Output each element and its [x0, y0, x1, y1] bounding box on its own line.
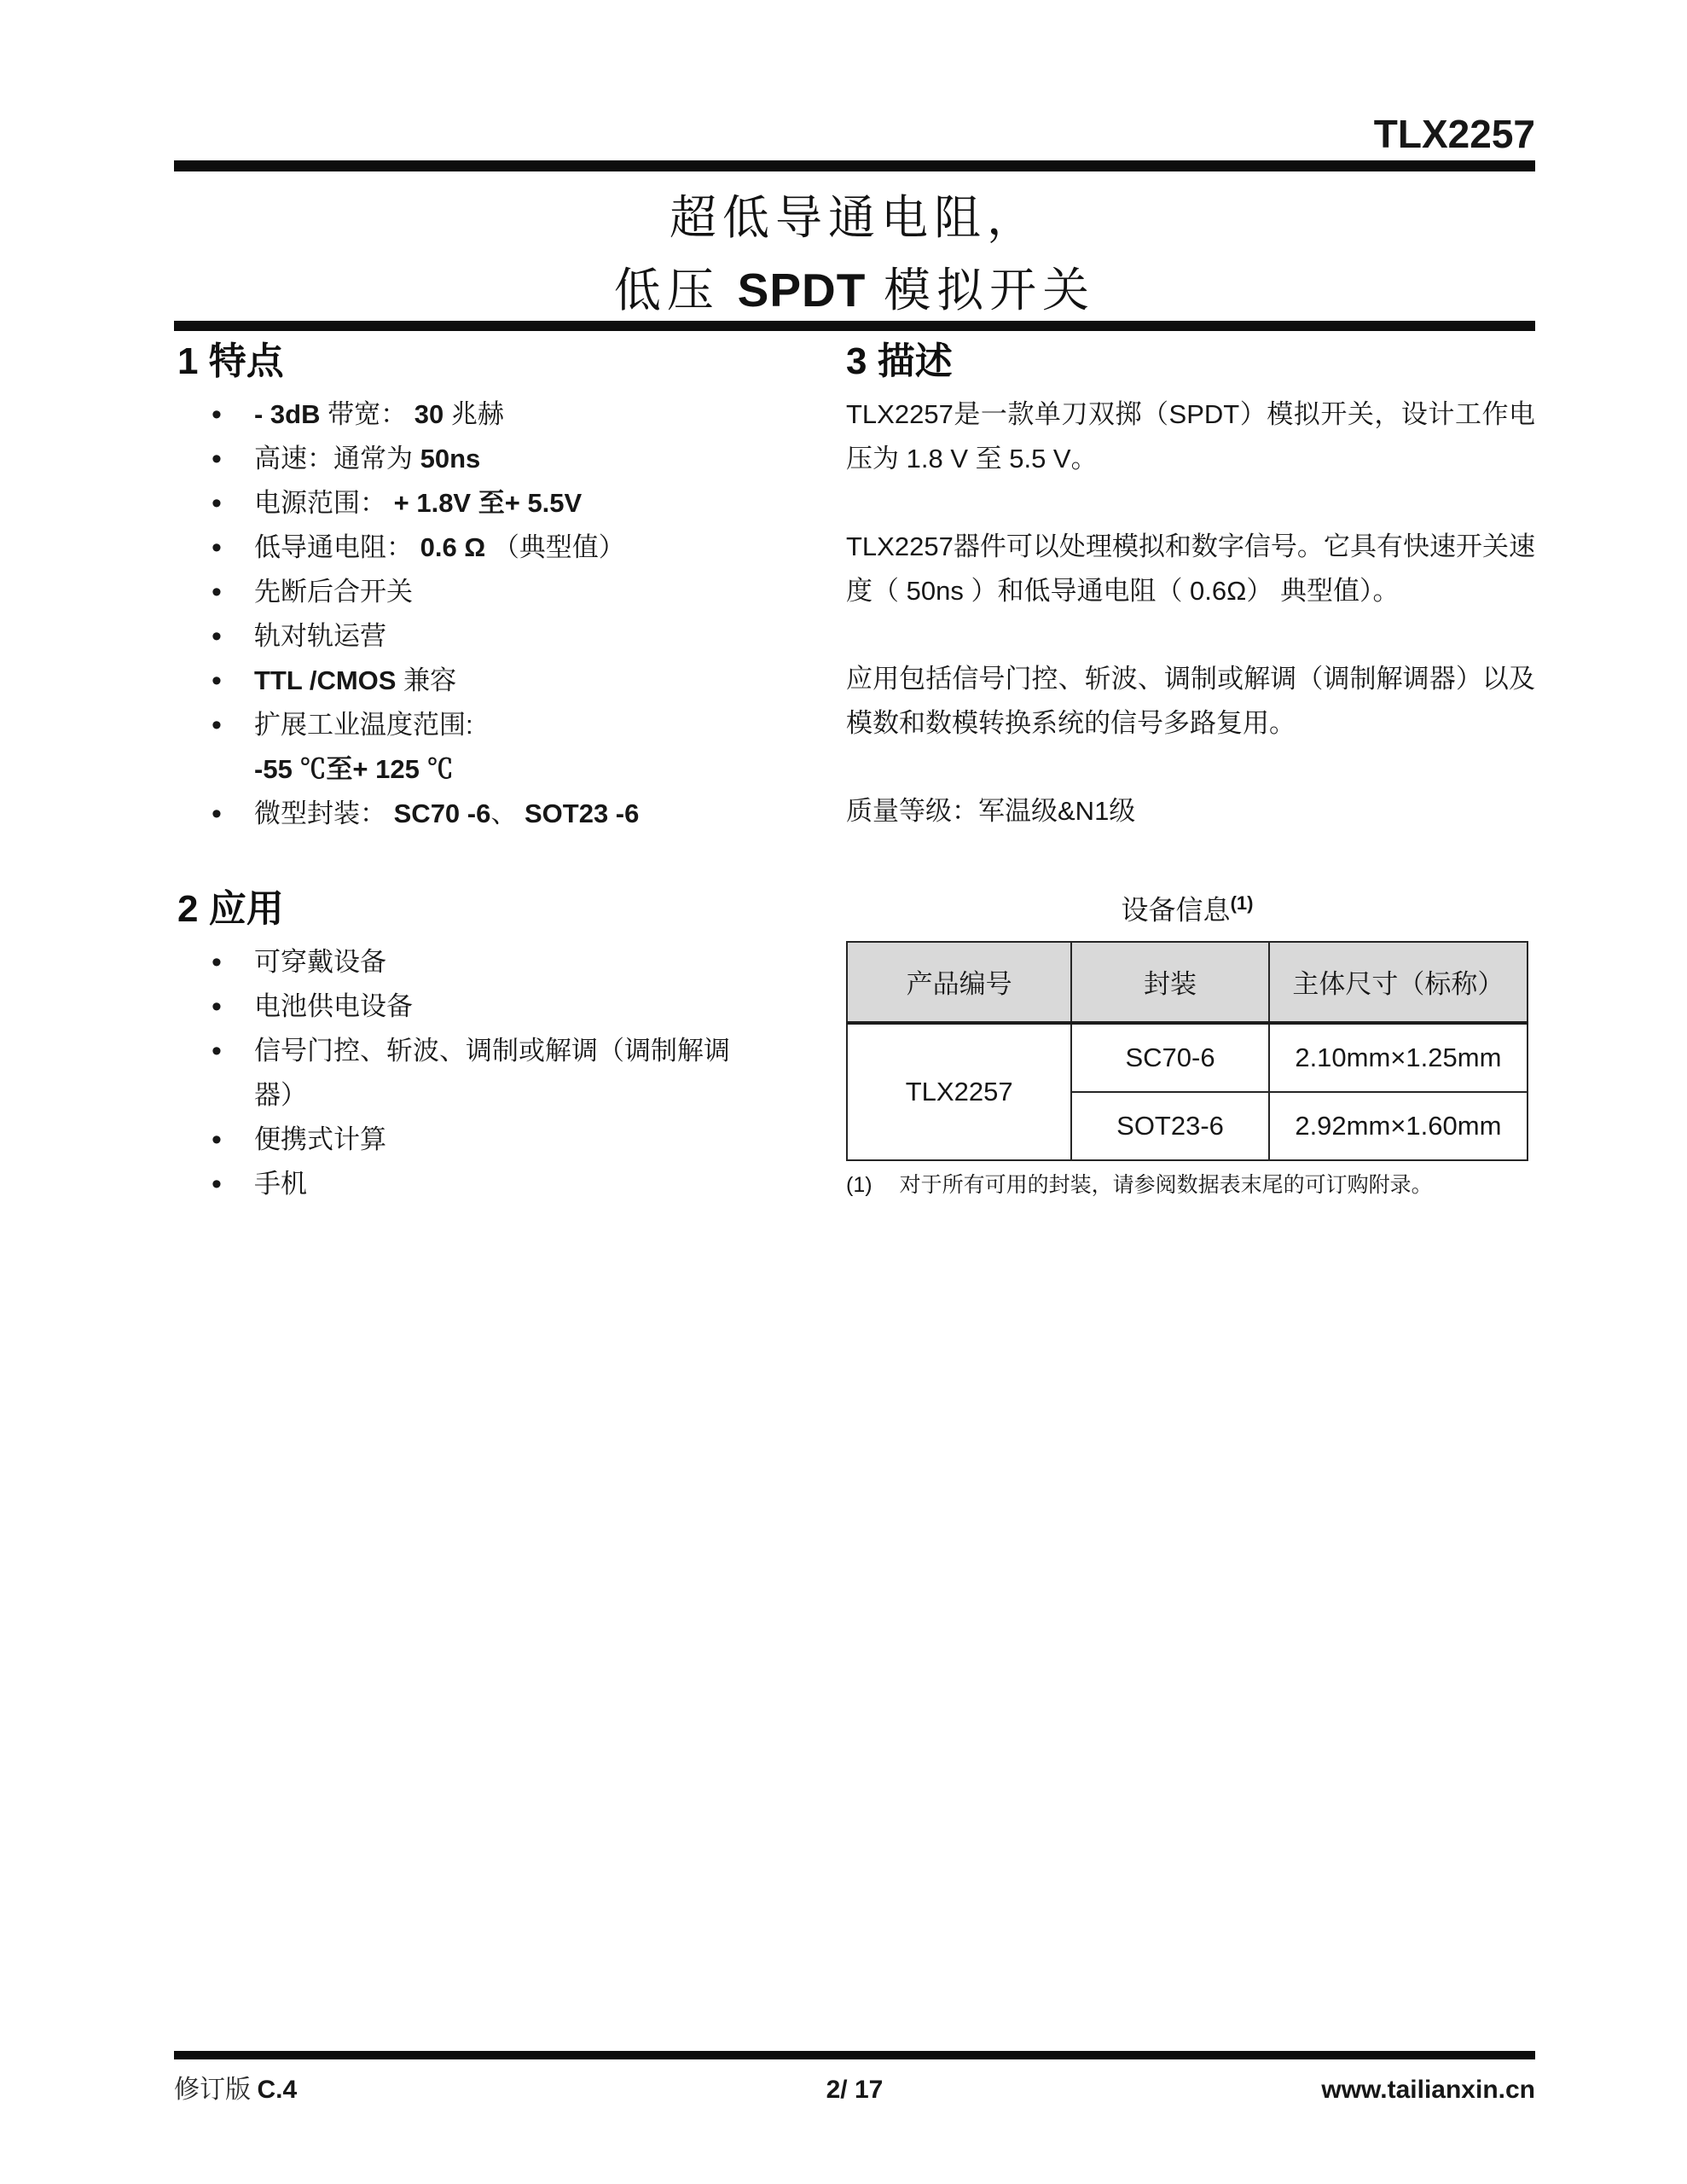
- description-paragraph: TLX2257是一款单刀双掷（SPDT）模拟开关，设计工作电压为 1.8 V 至…: [846, 392, 1535, 481]
- bullet-marker: •: [177, 703, 254, 747]
- list-item-text: 微型封装： SC70 -6、 SOT23 -6: [254, 792, 805, 836]
- table-row: TLX2257 SC70-6 2.10mm×1.25mm: [847, 1023, 1528, 1092]
- page-title-line2: 低压 SPDT 模拟开关: [174, 254, 1535, 327]
- title-text: 模拟开关: [866, 264, 1095, 317]
- description-paragraph: 质量等级：军温级&N1级: [846, 789, 1535, 834]
- features-list: •- 3dB 带宽： 30 兆赫•高速：通常为 50ns•电源范围： + 1.8…: [177, 392, 805, 836]
- document-number: TLX2257: [1374, 111, 1535, 157]
- footnote-text: 对于所有可用的封装，请参阅数据表末尾的可订购附录。: [900, 1170, 1433, 1200]
- list-item-text: 轨对轨运营: [254, 614, 805, 659]
- revision-value: C.4: [258, 2076, 298, 2104]
- table-cell-package: SC70-6: [1071, 1023, 1268, 1092]
- table-cell-size: 2.92mm×1.60mm: [1269, 1092, 1528, 1160]
- list-item: •低导通电阻： 0.6 Ω （典型值）: [177, 526, 805, 570]
- bullet-marker: •: [177, 659, 254, 703]
- footer-revision: 修订版 C.4: [174, 2068, 628, 2106]
- list-item-text: 先断后合开关: [254, 570, 805, 614]
- bullet-marker: •: [177, 526, 254, 570]
- device-info-block: 设备信息(1) 产品编号 封装 主体尺寸（标称） TLX2257: [846, 886, 1528, 1200]
- table-header-product: 产品编号: [847, 942, 1071, 1023]
- page-title: 超低导通电阻， 低压 SPDT 模拟开关: [174, 183, 1535, 327]
- list-item-text: 可穿戴设备: [254, 940, 805, 985]
- title-text: 超低导通电阻，: [670, 192, 1040, 244]
- list-item: •- 3dB 带宽： 30 兆赫: [177, 392, 805, 437]
- list-item-text: 扩展工业温度范围:-55 ℃至+ 125 ℃: [254, 703, 805, 792]
- device-info-title-text: 设备信息: [1122, 895, 1231, 926]
- description-text: TLX2257是一款单刀双掷（SPDT）模拟开关，设计工作电压为 1.8 V 至…: [846, 392, 1535, 834]
- applications-heading: 2 应用: [177, 887, 805, 932]
- table-header-package: 封装: [1071, 942, 1268, 1023]
- list-item-text: 低导通电阻： 0.6 Ω （典型值）: [254, 526, 805, 570]
- bullet-marker: •: [177, 985, 254, 1029]
- list-item: •高速：通常为 50ns: [177, 437, 805, 481]
- table-footnote: (1) 对于所有可用的封装，请参阅数据表末尾的可订购附录。: [846, 1170, 1528, 1200]
- list-item-text: - 3dB 带宽： 30 兆赫: [254, 392, 805, 437]
- list-item: •微型封装： SC70 -6、 SOT23 -6: [177, 792, 805, 836]
- list-item: •轨对轨运营: [177, 614, 805, 659]
- list-item-text: TTL /CMOS 兼容: [254, 659, 805, 703]
- title-text-bold: SPDT: [738, 264, 867, 317]
- title-text: 低压: [614, 264, 738, 317]
- list-item: •电池供电设备: [177, 985, 805, 1029]
- list-item-text: 手机: [254, 1162, 805, 1206]
- footer: 修订版 C.4 2/ 17 www.tailianxin.cn: [174, 2068, 1535, 2106]
- list-item-text: 电源范围： + 1.8V 至+ 5.5V: [254, 481, 805, 526]
- device-info-title: 设备信息(1): [846, 886, 1528, 927]
- list-item: •手机: [177, 1162, 805, 1206]
- list-item: •先断后合开关: [177, 570, 805, 614]
- footer-website: www.tailianxin.cn: [1081, 2076, 1535, 2105]
- device-info-table: 产品编号 封装 主体尺寸（标称） TLX2257 SC70-6 2.10mm×1…: [846, 941, 1528, 1161]
- bullet-marker: •: [177, 1162, 254, 1206]
- list-item-text: 信号门控、斩波、调制或解调（调制解调器）: [254, 1029, 805, 1118]
- revision-label: 修订版: [174, 2076, 258, 2104]
- list-item: •可穿戴设备: [177, 940, 805, 985]
- description-paragraph: TLX2257器件可以处理模拟和数字信号。它具有快速开关速度（ 50ns ）和低…: [846, 525, 1535, 613]
- list-item-text: 高速：通常为 50ns: [254, 437, 805, 481]
- left-column: 1 特点 •- 3dB 带宽： 30 兆赫•高速：通常为 50ns•电源范围： …: [177, 340, 805, 1206]
- bullet-marker: •: [177, 940, 254, 985]
- body-columns: 1 特点 •- 3dB 带宽： 30 兆赫•高速：通常为 50ns•电源范围： …: [177, 340, 1535, 1206]
- bullet-marker: •: [177, 1029, 254, 1073]
- bullet-marker: •: [177, 614, 254, 659]
- title-rule: [174, 321, 1535, 331]
- bullet-marker: •: [177, 392, 254, 437]
- footer-rule: [174, 2051, 1535, 2059]
- list-item-text: 电池供电设备: [254, 985, 805, 1029]
- bullet-marker: •: [177, 1118, 254, 1162]
- description-paragraph: 应用包括信号门控、斩波、调制或解调（调制解调器）以及模数和数模转换系统的信号多路…: [846, 657, 1535, 746]
- list-item: •扩展工业温度范围:-55 ℃至+ 125 ℃: [177, 703, 805, 792]
- table-cell-package: SOT23-6: [1071, 1092, 1268, 1160]
- list-item: •便携式计算: [177, 1118, 805, 1162]
- list-item: •TTL /CMOS 兼容: [177, 659, 805, 703]
- header-rule: [174, 160, 1535, 171]
- table-header-row: 产品编号 封装 主体尺寸（标称）: [847, 942, 1528, 1023]
- list-item: •信号门控、斩波、调制或解调（调制解调器）: [177, 1029, 805, 1118]
- table-cell-size: 2.10mm×1.25mm: [1269, 1023, 1528, 1092]
- list-item-text: 便携式计算: [254, 1118, 805, 1162]
- applications-list: •可穿戴设备•电池供电设备•信号门控、斩波、调制或解调（调制解调器）•便携式计算…: [177, 940, 805, 1206]
- bullet-marker: •: [177, 792, 254, 836]
- device-info-title-footnote-ref: (1): [1231, 892, 1254, 914]
- footnote-marker: (1): [846, 1170, 872, 1200]
- list-item: •电源范围： + 1.8V 至+ 5.5V: [177, 481, 805, 526]
- page-title-line1: 超低导通电阻，: [174, 183, 1535, 254]
- bullet-marker: •: [177, 570, 254, 614]
- bullet-marker: •: [177, 437, 254, 481]
- bullet-marker: •: [177, 481, 254, 526]
- description-heading: 3 描述: [846, 340, 1535, 384]
- datasheet-page: TLX2257 超低导通电阻， 低压 SPDT 模拟开关 1 特点 •- 3dB…: [0, 0, 1687, 2184]
- right-column: 3 描述 TLX2257是一款单刀双掷（SPDT）模拟开关，设计工作电压为 1.…: [846, 340, 1535, 1206]
- footer-page-indicator: 2/ 17: [628, 2076, 1081, 2105]
- table-header-size: 主体尺寸（标称）: [1269, 942, 1528, 1023]
- table-cell-product: TLX2257: [847, 1023, 1071, 1160]
- features-heading: 1 特点: [177, 340, 805, 384]
